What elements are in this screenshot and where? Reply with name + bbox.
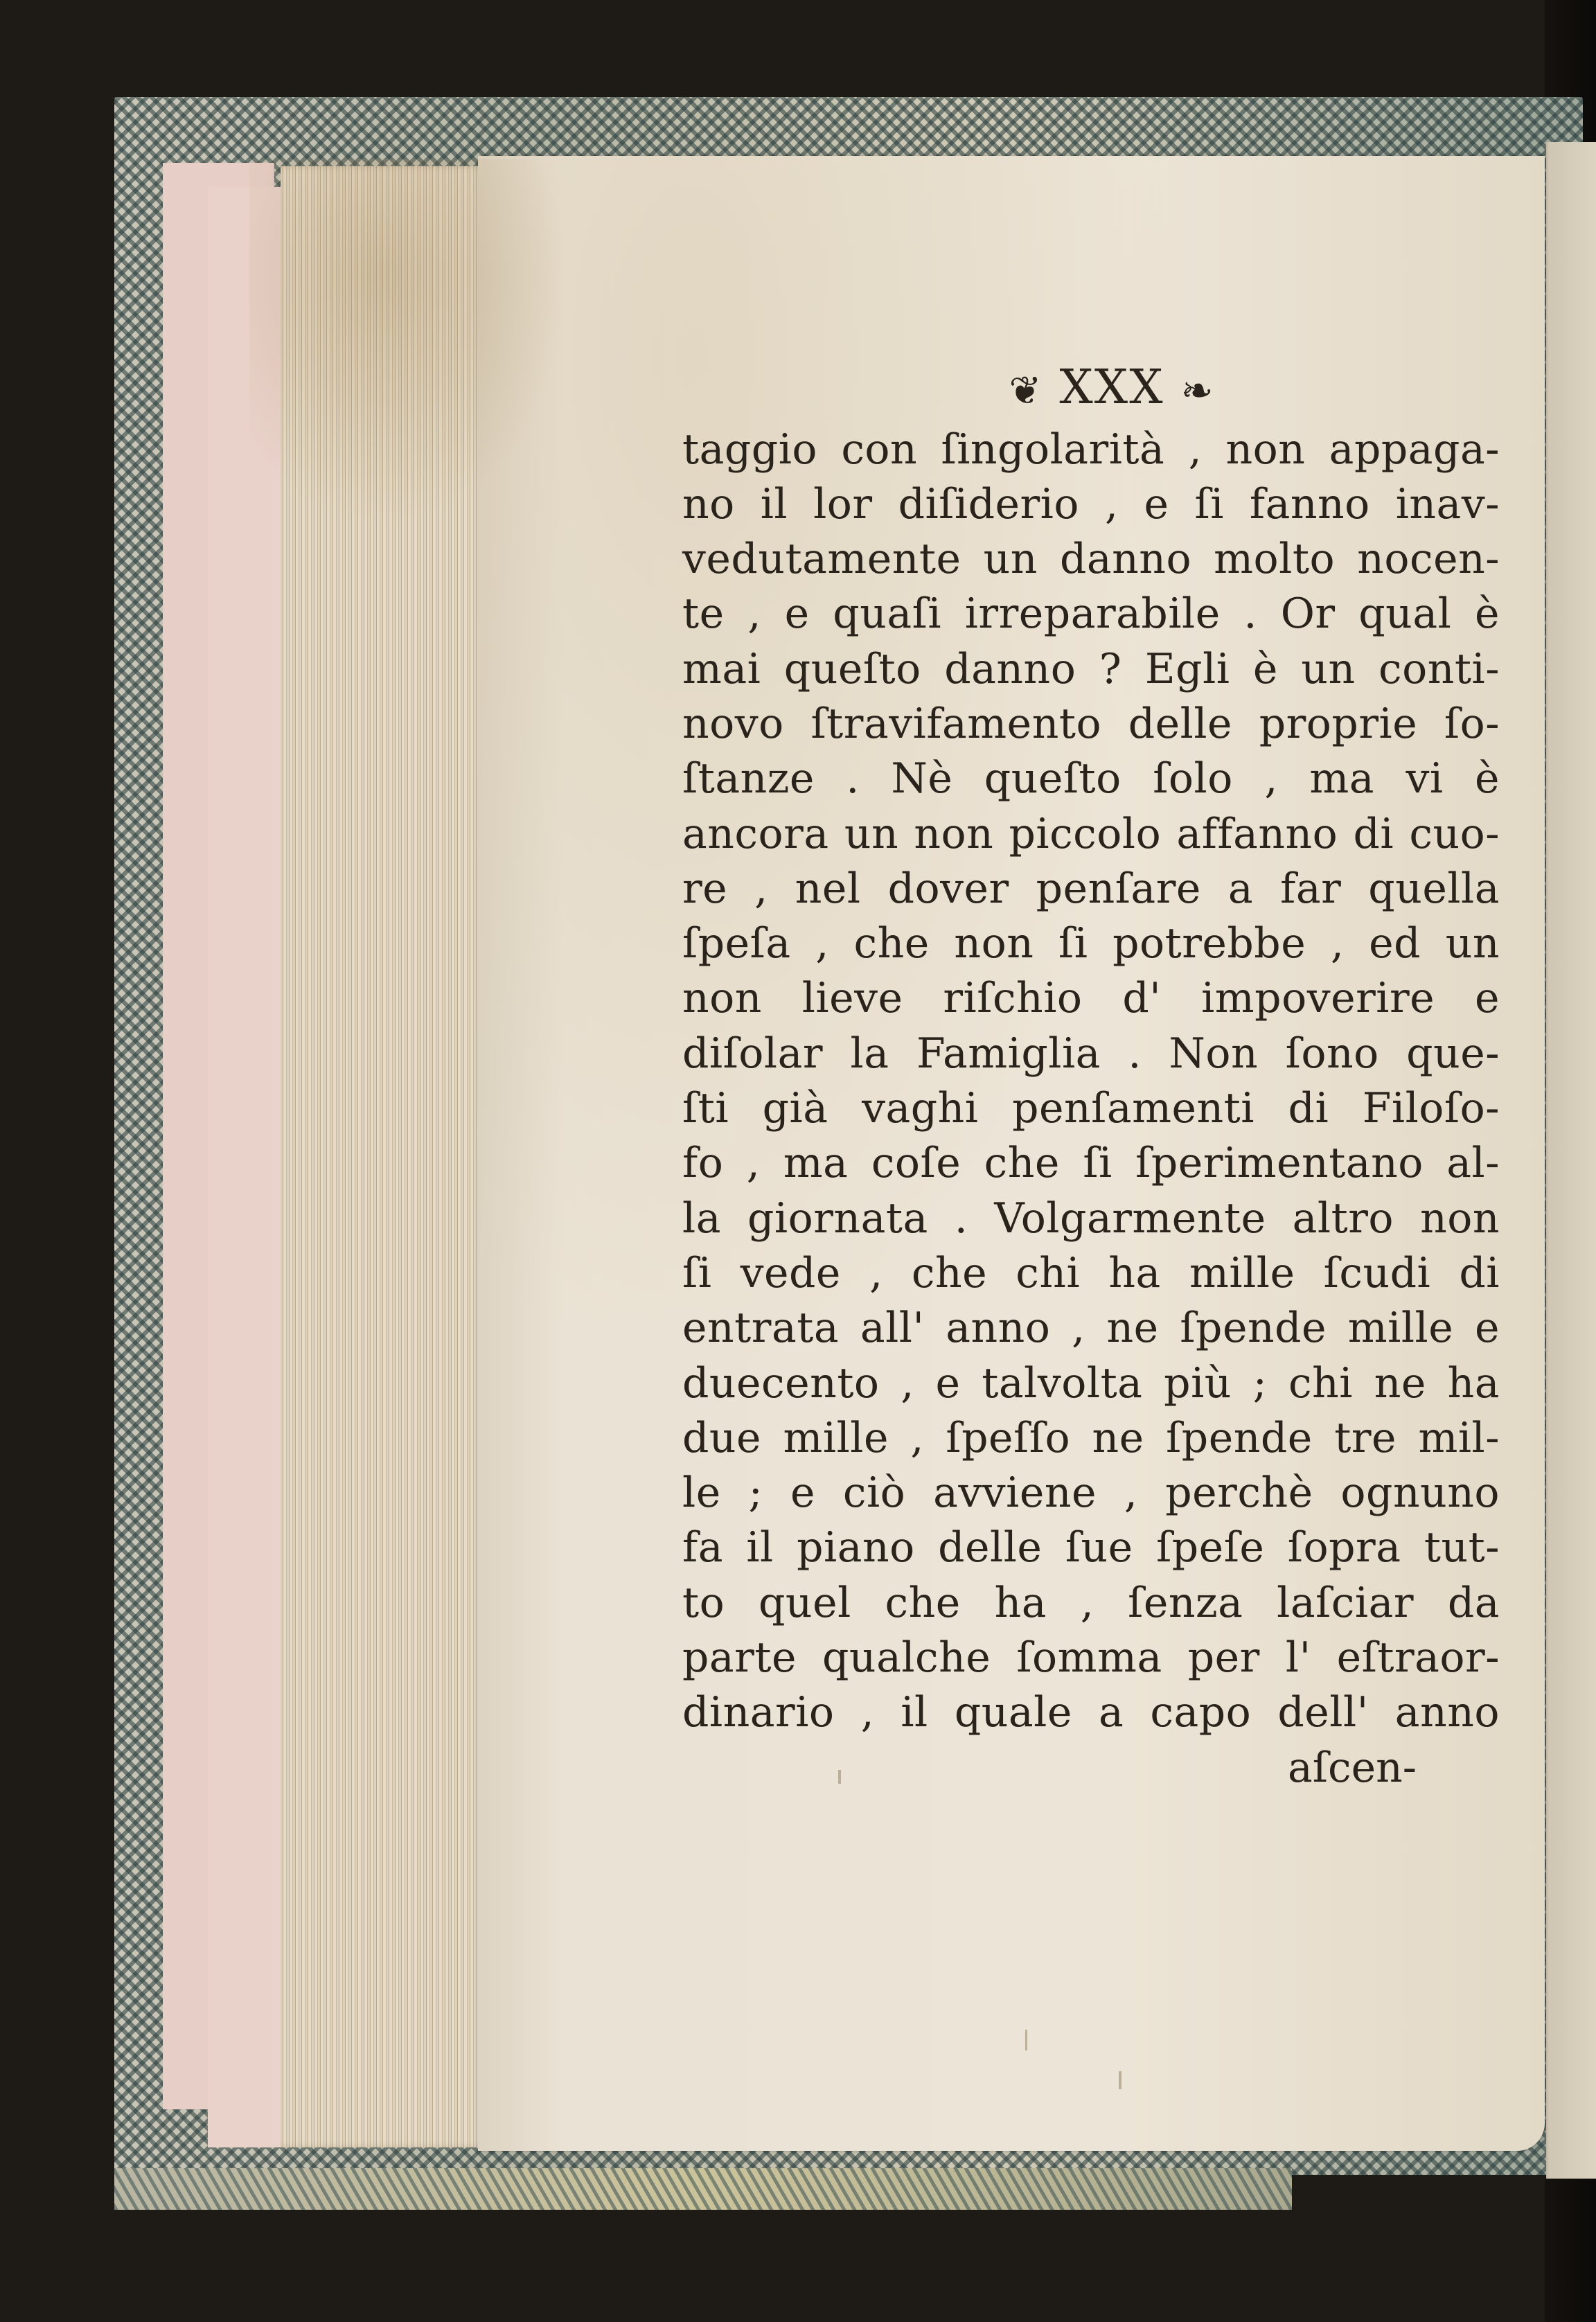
text-line: taggio con ſingolarità , non appaga-: [682, 423, 1500, 477]
text-line: ſtanze . Nè queſto ſolo , ma vi è: [682, 752, 1500, 806]
running-head: ❦XXX❧: [724, 357, 1500, 423]
text-line: no il lor diſiderio , e ſi fanno inav-: [682, 477, 1500, 532]
text-line: ſti già vaghi penſamenti di Filoſo-: [682, 1081, 1500, 1136]
text-line: vedutamente un danno molto nocen-: [682, 532, 1500, 587]
page-number: XXX: [1059, 360, 1164, 415]
text-line: diſolar la Famiglia . Non ſono que-: [682, 1027, 1500, 1081]
text-line: ſi vede , che chi ha mille ſcudi di: [682, 1246, 1500, 1301]
text-line: mai queſto danno ? Egli è un conti-: [682, 642, 1500, 697]
text-line: dinario , il quale a capo dell' anno: [682, 1685, 1500, 1740]
text-line: te , e quaſi irreparabile . Or qual è: [682, 587, 1500, 641]
text-line: fa il piano delle ſue ſpeſe ſopra tut-: [682, 1521, 1500, 1575]
marbled-cover-bottom-edge: [114, 2168, 1292, 2210]
text-line: novo ſtravifamento delle proprie ſo-: [682, 697, 1500, 752]
text-line: to quel che ha , ſenza laſciar da: [682, 1576, 1500, 1631]
page-edges-stack: [281, 166, 488, 2147]
text-line: entrata all' anno , ne ſpende mille e: [682, 1301, 1500, 1356]
fleuron-left-icon: ❦: [1009, 369, 1043, 414]
paper-fleck: [1119, 2071, 1121, 2089]
page-text-block: ❦XXX❧ taggio con ſingolarità , non appag…: [682, 357, 1500, 1796]
catchword: aſcen-: [682, 1741, 1500, 1796]
paper-fleck: [838, 1770, 841, 1784]
text-line: re , nel dover penſare a far quella: [682, 862, 1500, 916]
text-line: ſpeſa , che non ſi potrebbe , ed un: [682, 916, 1500, 971]
text-line: duecento , e talvolta più ; chi ne ha: [682, 1356, 1500, 1411]
text-line: le ; e ciò avviene , perchè ognuno: [682, 1466, 1500, 1521]
text-line: fo , ma coſe che ſi ſperimentano al-: [682, 1136, 1500, 1191]
text-line: ancora un non piccolo affanno di cuo-: [682, 807, 1500, 862]
text-line: due mille , ſpeſſo ne ſpende tre mil-: [682, 1411, 1500, 1466]
text-line: non lieve riſchio d' impoverire e: [682, 971, 1500, 1026]
text-line: la giornata . Volgarmente altro non: [682, 1191, 1500, 1246]
text-line: parte qualche ſomma per l' eſtraor-: [682, 1631, 1500, 1685]
fleuron-right-icon: ❧: [1181, 369, 1215, 414]
facing-page-edge: [1546, 142, 1596, 2179]
paper-fleck: [1025, 2030, 1027, 2050]
